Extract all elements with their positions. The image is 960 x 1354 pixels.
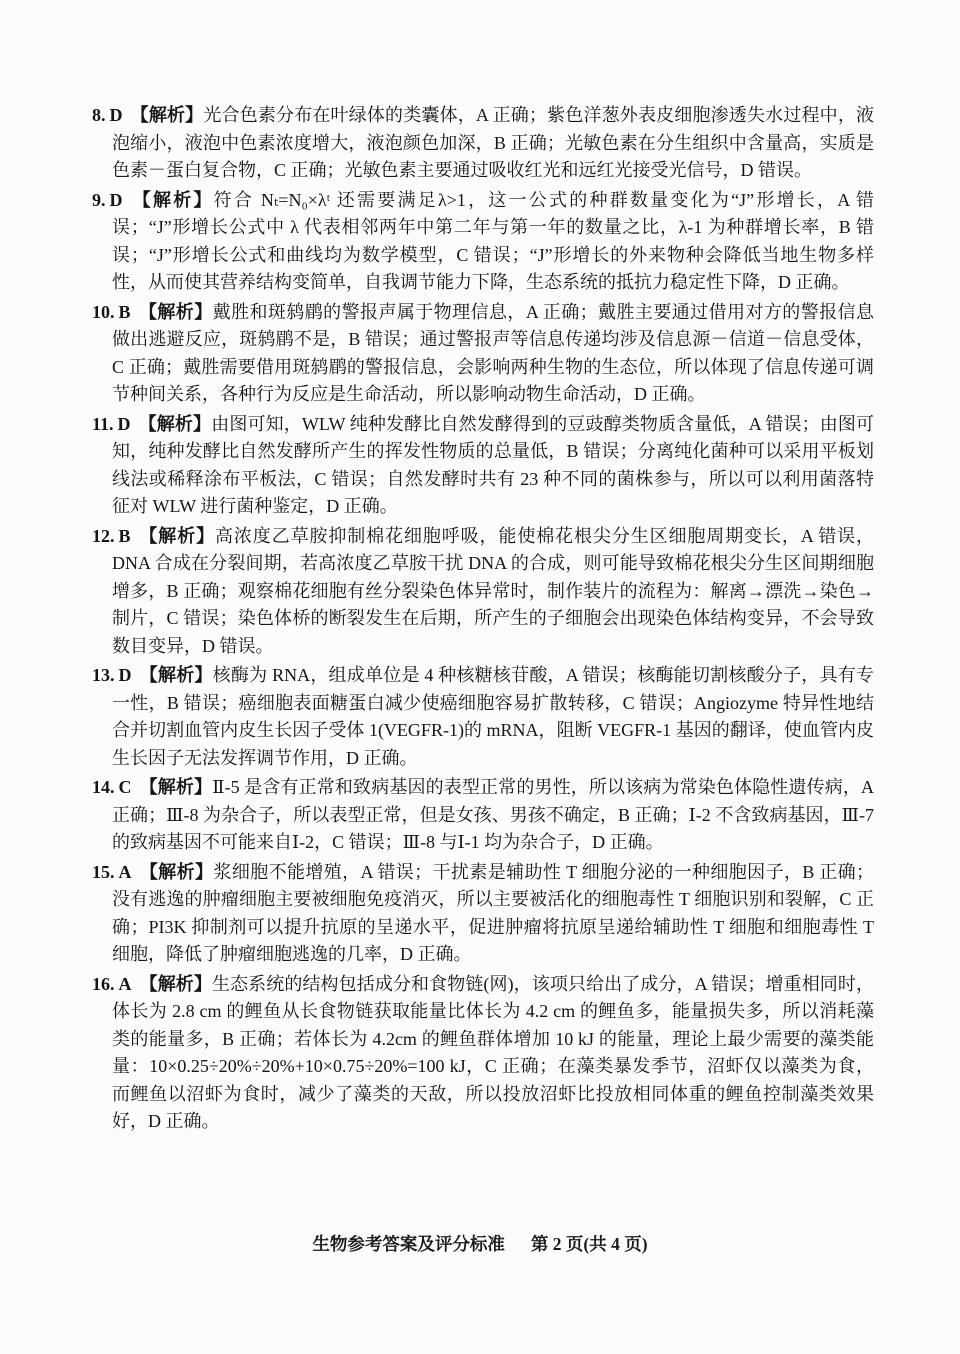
answer-choice: B [119,302,131,322]
analysis-label: 【解析】 [139,302,213,322]
document-page: 8.D【解析】光合色素分布在叶绿体的类囊体，A 正确；紫色洋葱外表皮细胞渗透失水… [0,0,960,1354]
question-number: 15. [92,862,115,882]
answer-choice: D [118,414,131,434]
answer-item-15: 15.A【解析】浆细胞不能增殖，A 错误；干扰素是辅助性 T 细胞分泌的一种细胞… [92,859,874,969]
footer-document-title: 生物参考答案及评分标准 [312,1234,505,1254]
answer-item-16: 16.A【解析】生态系统的结构包括成分和食物链(网)，该项只给出了成分，A 错误… [92,971,874,1136]
analysis-label: 【解析】 [140,777,213,797]
question-number: 9. [92,190,106,210]
answer-explanation: 核酶为 RNA，组成单位是 4 种核糖核苷酸，A 错误；核酶能切割核酸分子，具有… [112,665,874,768]
answer-choice: D [110,105,123,125]
answer-item-11: 11.D【解析】由图可知，WLW 纯种发酵比自然发酵得到的豆豉醇类物质含量低，A… [92,411,874,521]
question-number: 14. [92,777,115,797]
answer-item-9: 9.D【解析】符合 Nₜ=N₀×λᵗ 还需要满足λ>1，这一公式的种群数量变化为… [92,187,874,297]
answer-explanation: 浆细胞不能增殖，A 错误；干扰素是辅助性 T 细胞分泌的一种细胞因子，B 正确；… [112,862,874,965]
answer-choice: A [119,974,132,994]
analysis-label: 【解析】 [139,526,215,546]
analysis-label: 【解析】 [139,414,212,434]
question-number: 16. [92,974,115,994]
answer-item-10: 10.B【解析】戴胜和斑鸫鹛的警报声属于物理信息，A 正确；戴胜主要通过借用对方… [92,299,874,409]
answer-explanation: 光合色素分布在叶绿体的类囊体，A 正确；紫色洋葱外表皮细胞渗透失水过程中，液泡缩… [112,105,874,180]
question-number: 10. [92,302,115,322]
answer-explanation: 高浓度乙草胺抑制棉花细胞呼吸，能使棉花根尖分生区细胞周期变长，A 错误，DNA … [112,526,874,656]
footer-page-number: 第 2 页(共 4 页) [531,1234,648,1254]
answer-choice: D [119,665,132,685]
answer-item-12: 12.B【解析】高浓度乙草胺抑制棉花细胞呼吸，能使棉花根尖分生区细胞周期变长，A… [92,523,874,661]
answer-choice: B [119,526,131,546]
answer-choice: C [119,777,132,797]
answer-item-13: 13.D【解析】核酶为 RNA，组成单位是 4 种核糖核苷酸，A 错误；核酶能切… [92,662,874,772]
answer-explanation: 符合 Nₜ=N₀×λᵗ 还需要满足λ>1，这一公式的种群数量变化为“J”形增长，… [112,190,874,293]
analysis-label: 【解析】 [140,974,212,994]
answer-item-8: 8.D【解析】光合色素分布在叶绿体的类囊体，A 正确；紫色洋葱外表皮细胞渗透失水… [92,102,874,185]
answer-explanation: 由图可知，WLW 纯种发酵比自然发酵得到的豆豉醇类物质含量低，A 错误；由图可知… [112,414,874,517]
answer-choice: D [110,190,123,210]
analysis-label: 【解析】 [131,190,214,210]
analysis-label: 【解析】 [140,665,213,685]
answer-choice: A [119,862,132,882]
answer-item-14: 14.C【解析】Ⅱ-5 是含有正常和致病基因的表型正常的男性，所以该病为常染色体… [92,774,874,857]
question-number: 13. [92,665,115,685]
question-number: 8. [92,105,106,125]
question-number: 11. [92,414,114,434]
page-footer: 生物参考答案及评分标准第 2 页(共 4 页) [0,1231,960,1256]
analysis-label: 【解析】 [131,105,204,125]
analysis-label: 【解析】 [140,862,214,882]
answer-explanation: 生态系统的结构包括成分和食物链(网)，该项只给出了成分，A 错误；增重相同时，体… [112,974,874,1132]
answer-explanation: 戴胜和斑鸫鹛的警报声属于物理信息，A 正确；戴胜主要通过借用对方的警报信息做出逃… [112,302,874,405]
question-number: 12. [92,526,115,546]
answer-explanation: Ⅱ-5 是含有正常和致病基因的表型正常的男性，所以该病为常染色体隐性遗传病，A … [112,777,874,852]
